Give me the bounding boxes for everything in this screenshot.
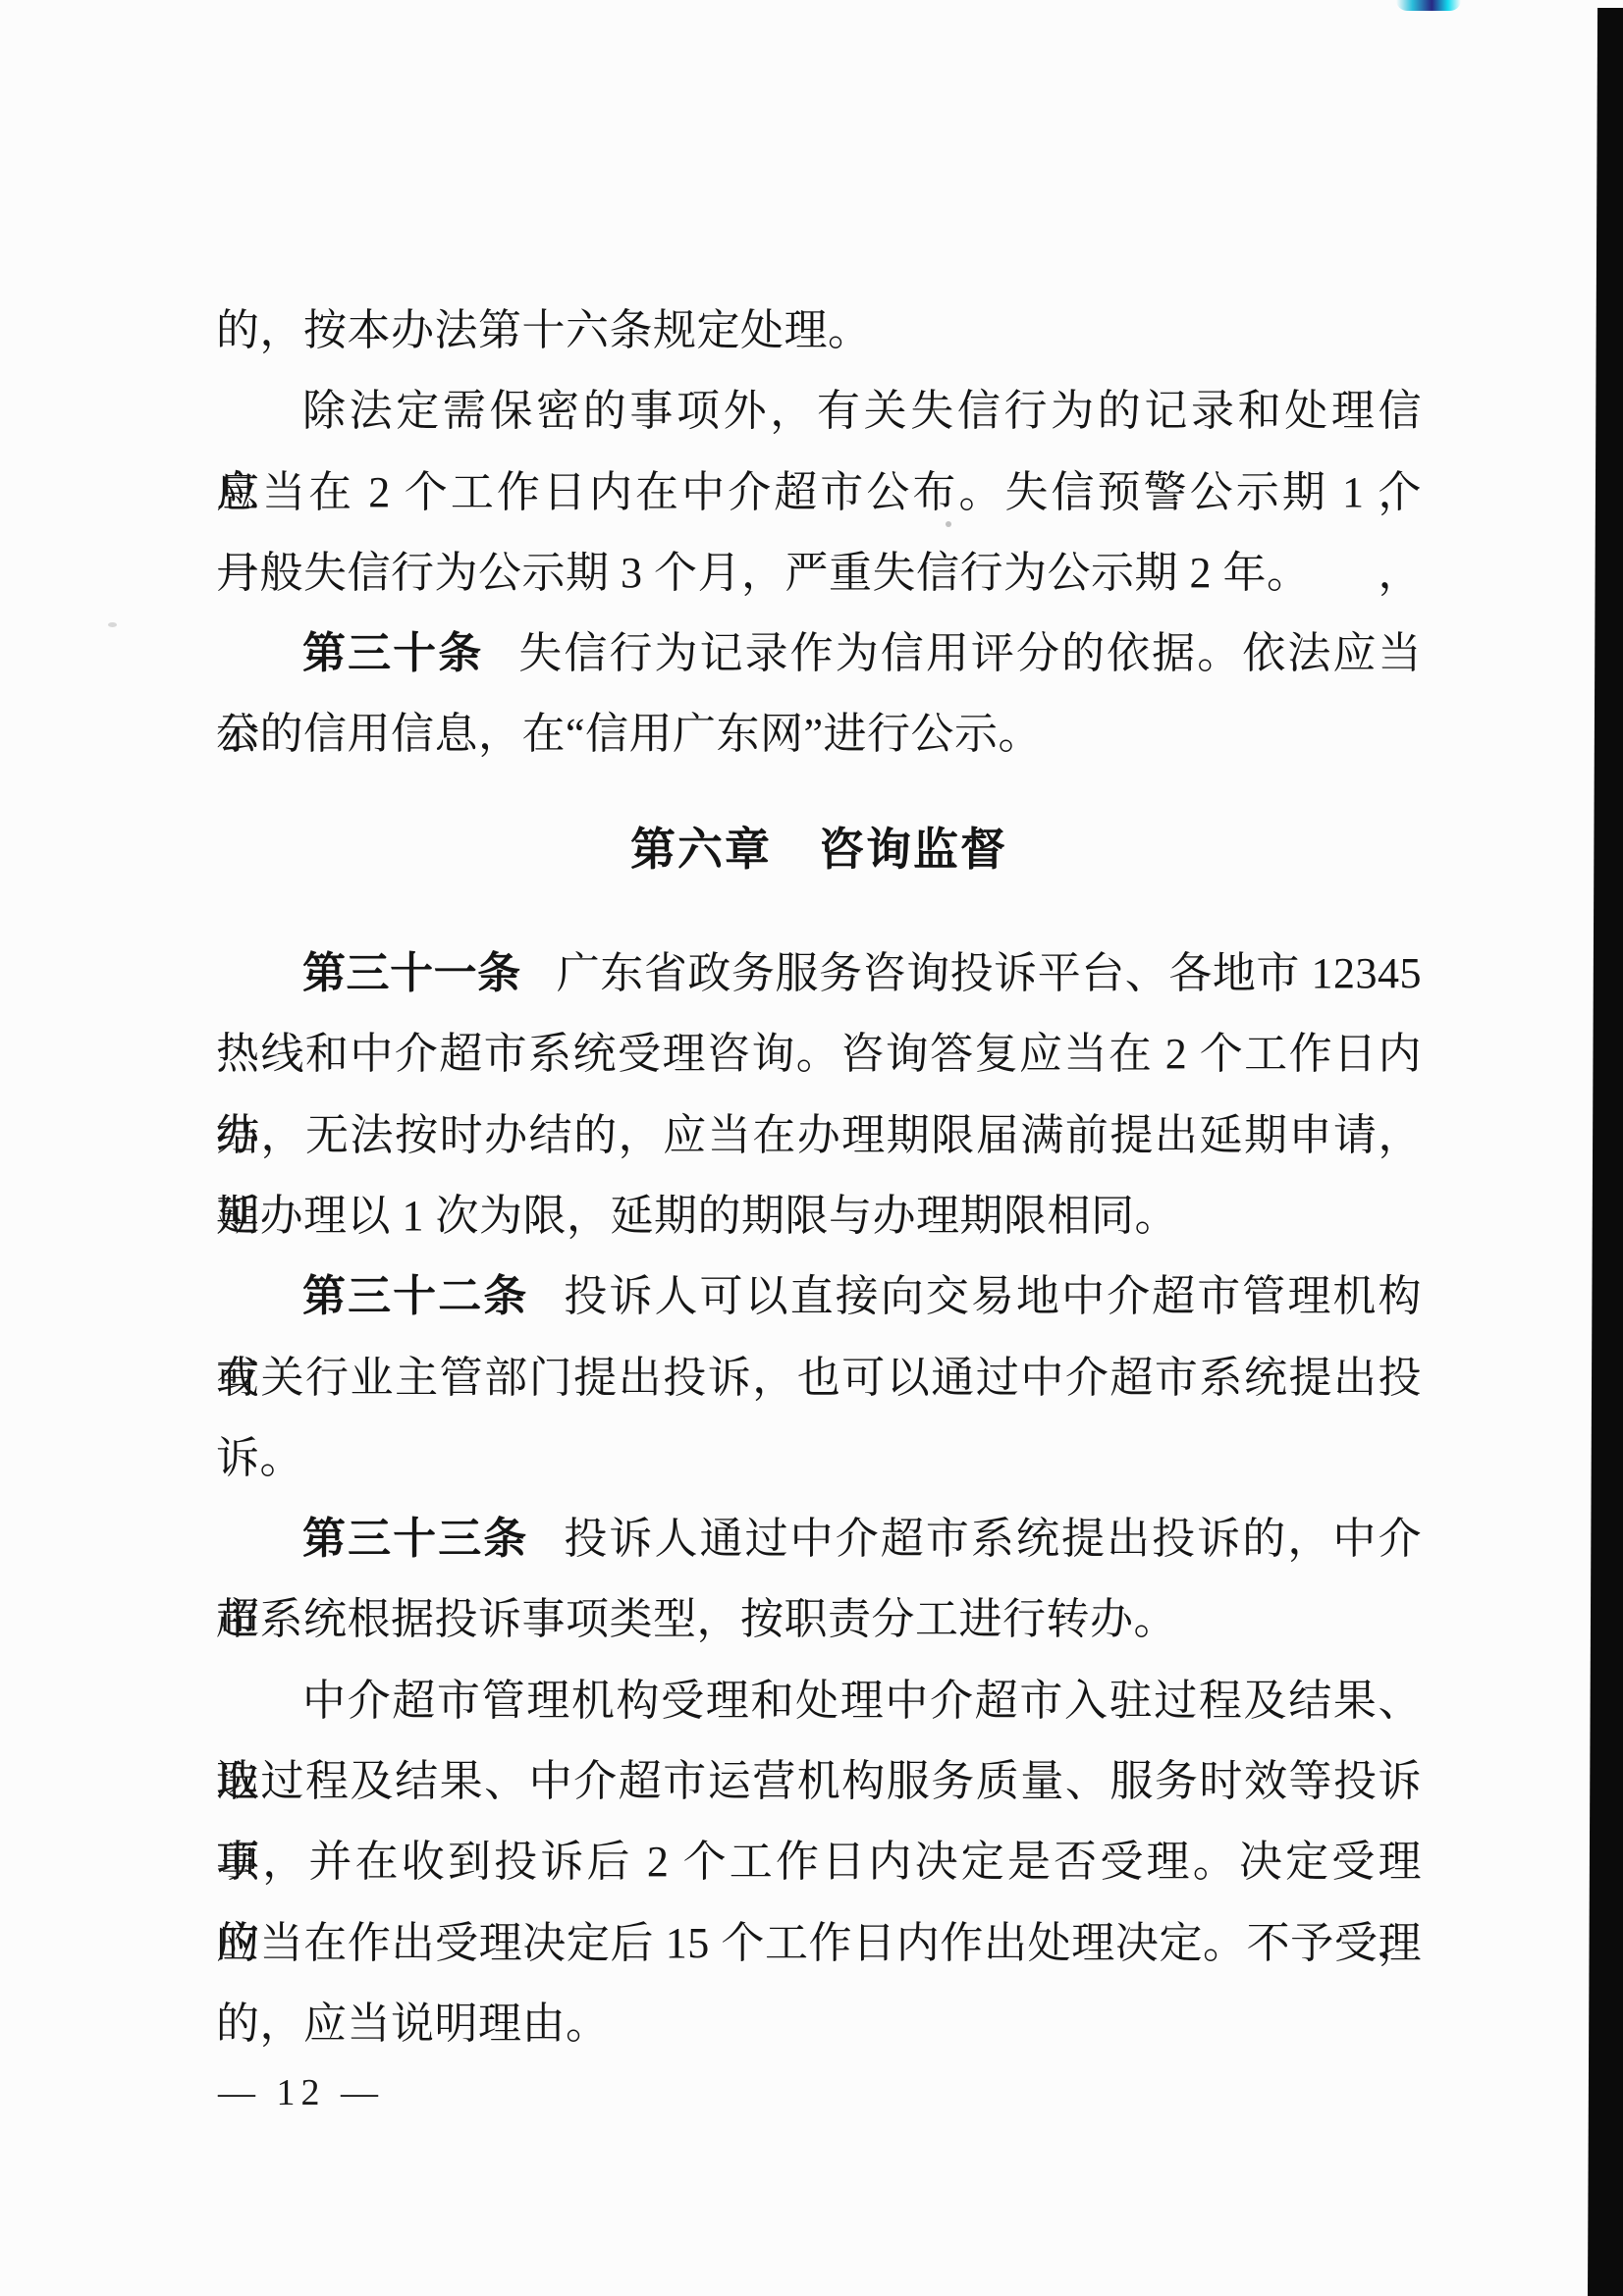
line-text: 的，应当说明理由。: [216, 2000, 610, 2048]
text-line: 结，无法按时办结的，应当在办理期限届满前提出延期申请，延: [216, 1095, 1422, 1176]
text-line: 应当在作出受理决定后 15 个工作日内作出处理决定。不予受理: [216, 1903, 1422, 1984]
text-line: 热线和中介超市系统受理咨询。咨询答复应当在 2 个工作日内办: [216, 1014, 1422, 1095]
text-line: 中介超市管理机构受理和处理中介超市入驻过程及结果、选: [216, 1661, 1422, 1741]
text-line: 第三十条失信行为记录作为信用评分的依据。依法应当公: [216, 614, 1422, 694]
text-line: 项，并在收到投诉后 2 个工作日内决定是否受理。决定受理的，: [216, 1822, 1422, 1902]
text-line: 第三十二条投诉人可以直接向交易地中介超市管理机构或: [216, 1256, 1422, 1337]
text-line: 除法定需保密的事项外，有关失信行为的记录和处理信息，: [216, 371, 1422, 452]
page-number: — 12 —: [218, 2073, 384, 2112]
line-text: 有关行业主管部门提出投诉，也可以通过中介超市系统提出投: [216, 1354, 1422, 1402]
chapter-heading: 第六章 咨询监督: [216, 810, 1422, 890]
article-number: 第三十条: [302, 629, 483, 677]
text-line: 的，应当说明理由。: [216, 1984, 1422, 2064]
line-text: 一般失信行为公示期 3 个月，严重失信行为公示期 2 年。: [216, 549, 1311, 597]
line-text: 的，按本办法第十六条规定处理。: [216, 306, 872, 354]
text-line: 一般失信行为公示期 3 个月，严重失信行为公示期 2 年。: [216, 533, 1422, 614]
scan-speck: [946, 521, 951, 527]
text-line: 第三十三条投诉人通过中介超市系统提出投诉的，中介超: [216, 1499, 1422, 1579]
article-number: 第三十一条: [302, 949, 521, 997]
text-line: 取过程及结果、中介超市运营机构服务质量、服务时效等投诉事: [216, 1741, 1422, 1822]
document-body-text: 的，按本办法第十六条规定处理。除法定需保密的事项外，有关失信行为的记录和处理信息…: [216, 291, 1422, 2064]
text-line: 应当在 2 个工作日内在中介超市公布。失信预警公示期 1 个月，: [216, 453, 1422, 533]
line-text: 示的信用信息，在“信用广东网”进行公示。: [216, 710, 1042, 758]
text-line: 诉。: [216, 1418, 1422, 1499]
scan-edge-artifact: [1588, 8, 1623, 2296]
text-line: 有关行业主管部门提出投诉，也可以通过中介超市系统提出投: [216, 1338, 1422, 1418]
article-number: 第三十三条: [302, 1515, 528, 1563]
line-text: 市系统根据投诉事项类型，按职责分工进行转办。: [216, 1595, 1177, 1643]
text-line: 示的信用信息，在“信用广东网”进行公示。: [216, 694, 1422, 774]
line-text: 诉。: [216, 1434, 303, 1482]
line-text: 广东省政务服务咨询投诉平台、各地市 12345: [557, 949, 1422, 997]
text-line: 市系统根据投诉事项类型，按职责分工进行转办。: [216, 1579, 1422, 1660]
line-text: 应当在作出受理决定后 15 个工作日内作出处理决定。不予受理: [216, 1919, 1422, 1967]
line-text: 期办理以 1 次为限，延期的期限与办理期限相同。: [216, 1192, 1178, 1240]
text-line: 第三十一条广东省政务服务咨询投诉平台、各地市 12345: [216, 934, 1422, 1014]
scan-speck: [108, 622, 117, 627]
article-number: 第三十二条: [302, 1272, 528, 1320]
scan-smudge-artifact: [1396, 0, 1461, 11]
text-line: 期办理以 1 次为限，延期的期限与办理期限相同。: [216, 1176, 1422, 1256]
document-page: 的，按本办法第十六条规定处理。除法定需保密的事项外，有关失信行为的记录和处理信息…: [0, 0, 1623, 2296]
text-line: 的，按本办法第十六条规定处理。: [216, 291, 1422, 371]
